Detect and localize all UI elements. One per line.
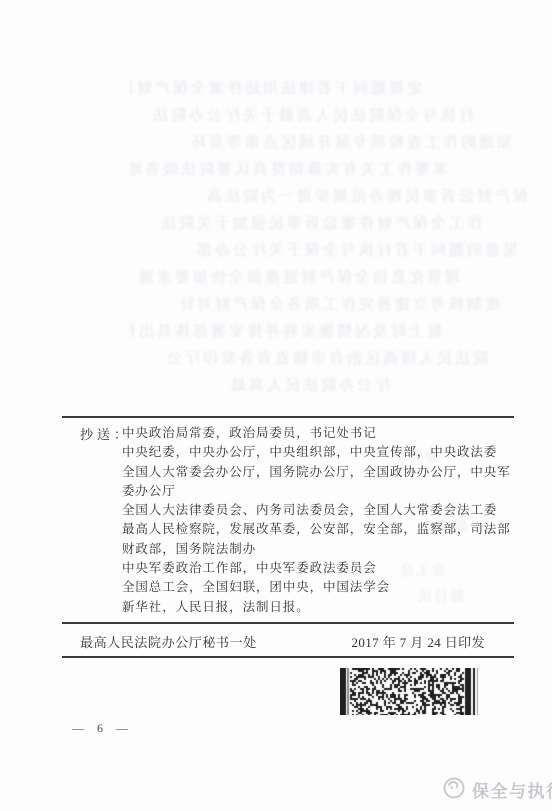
circle-logo-icon xyxy=(441,774,467,805)
bleedthrough-line: 行执与全保院法民人高最于关厅公办院法 xyxy=(130,103,540,130)
rule-top xyxy=(62,416,514,418)
bleedthrough-line: 理管化息信全保产财进推面全快加要求通 xyxy=(130,265,540,292)
cc-line: 新华社，人民日报，法制日报。 xyxy=(122,598,524,617)
cc-line: 委办公厅 xyxy=(122,482,524,501)
cc-line: 中央军委政治工作部，中央军委政法委员会 xyxy=(122,559,524,578)
bleedthrough-line: 报上时及况情施实将并排安署部体具出作 xyxy=(130,319,540,346)
bleedthrough-line: 求要作工关有实落彻贯真认要院法级各地 xyxy=(130,157,540,184)
bleedthrough-line: 厅公办院法民人高最 xyxy=(130,373,540,400)
bleedthrough-line: 定规题问干若律法用适件案全保产财讼诉 xyxy=(130,76,540,103)
print-date: 2017 年 7 月 24 日印发 xyxy=(351,632,485,651)
cc-line: 全国总工会，全国妇联，团中央，中国法学会 xyxy=(122,578,524,597)
bleedthrough-line: 院法民人级高区治自市辖直省各发印厅公 xyxy=(130,346,540,373)
cc-line: 最高人民检察院，发展改革委，公安部，安全部，监察部，司法部 xyxy=(122,520,524,539)
rule-bottom xyxy=(62,656,514,658)
cc-line: 全国人大法律委员会、内务司法委员会，全国人大常委会法工委 xyxy=(122,501,524,520)
bleedthrough-line: 作工全保产财件案讼诉事民强加于关院法 xyxy=(130,211,540,238)
cc-line: 中央政治局常委，政治局委员，书记处书记 xyxy=(122,424,524,443)
watermark-text: 保全与执行 xyxy=(472,777,552,802)
bleedthrough-line: 度制核考立建善完作工项各全保产财对针 xyxy=(130,292,540,319)
rule-middle xyxy=(62,622,514,624)
cc-line: 财政部，国务院法制办 xyxy=(122,540,524,559)
bleedthrough-line: 保产财讼诉事民理办范规步进一为院法高 xyxy=(130,184,540,211)
barcode-2d xyxy=(340,668,480,715)
watermark: 保全与执行 xyxy=(441,774,552,805)
issuing-office: 最高人民法院办公厅秘书一处 xyxy=(80,632,257,651)
cc-list: 中央政治局常委，政治局委员，书记处书记中央纪委，中央办公厅，中央组织部，中央宣传… xyxy=(122,424,524,617)
page-number: — 6 — xyxy=(72,721,133,736)
bleedthrough-line: 知通的作工查检项专展开域区点重等京环 xyxy=(130,130,540,157)
cc-line: 全国人大常委会办公厅，国务院办公厅，全国政协办公厅，中央军 xyxy=(122,463,524,482)
document-page: 定规题问干若律法用适件案全保产财讼诉行执与全保院法民人高最于关厅公办院法知通的作… xyxy=(0,0,552,811)
bleedthrough-text: 定规题问干若律法用适件案全保产财讼诉行执与全保院法民人高最于关厅公办院法知通的作… xyxy=(130,76,540,400)
cc-line: 中央纪委，中央办公厅，中央组织部，中央宣传部，中央政法委 xyxy=(122,443,524,462)
footer-row: 最高人民法院办公厅秘书一处 2017 年 7 月 24 日印发 xyxy=(80,632,485,651)
bleedthrough-line: 见意的题问干若行执与全保于关厅公办部 xyxy=(130,238,540,265)
